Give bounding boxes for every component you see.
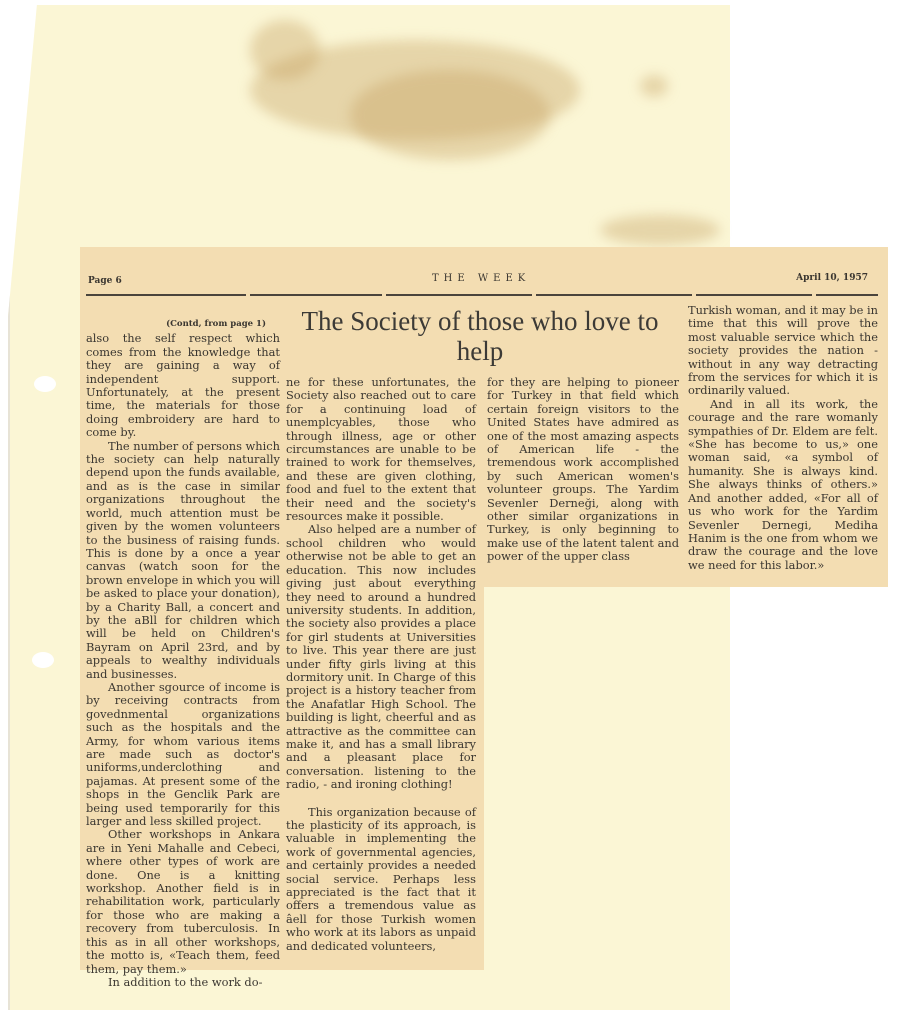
headline: The Society of those who love to help [300, 306, 660, 366]
paragraph: The number of persons which the society … [86, 440, 280, 681]
paragraph: Turkish woman, and it may be in time tha… [688, 304, 878, 398]
paragraph: Other workshops in Ankara are in Yeni Ma… [86, 828, 280, 975]
issue-date: April 10, 1957 [796, 273, 868, 283]
column-rule [696, 294, 812, 296]
article-column-2: ne for these unfortunates, the Society a… [286, 376, 476, 953]
article-column-4: Turkish woman, and it may be in time tha… [688, 304, 878, 572]
continued-note: (Contd, from page 1) [86, 318, 266, 331]
paragraph: Also helped are a number of school child… [286, 523, 476, 791]
water-stain [600, 215, 720, 245]
page-number: Page 6 [88, 276, 122, 286]
water-stain [350, 70, 550, 160]
column-rule [86, 294, 246, 296]
column-rule [250, 294, 382, 296]
column-rule [386, 294, 532, 296]
paragraph: ne for these unfortunates, the Society a… [286, 376, 476, 523]
article-column-1: (Contd, from page 1) also the self respe… [86, 318, 280, 989]
paragraph: In addition to the work do- [86, 976, 280, 989]
paragraph: also the self respect which comes from t… [86, 332, 280, 439]
article-column-3: for they are helping to pioneer for Turk… [487, 376, 679, 564]
punch-hole [34, 376, 56, 392]
paragraph: And in all its work, the courage and the… [688, 398, 878, 572]
water-stain [250, 20, 320, 80]
column-rule [536, 294, 692, 296]
punch-hole [32, 652, 54, 668]
masthead: Page 6 THE WEEK April 10, 1957 [86, 272, 882, 294]
paragraph: Another sgource of income is by receivin… [86, 681, 280, 828]
publication-title: THE WEEK [432, 273, 530, 284]
paragraph: This organization because of the plastic… [286, 806, 476, 953]
column-rule [816, 294, 878, 296]
paragraph: for they are helping to pioneer for Turk… [487, 376, 679, 564]
water-stain [640, 75, 668, 97]
